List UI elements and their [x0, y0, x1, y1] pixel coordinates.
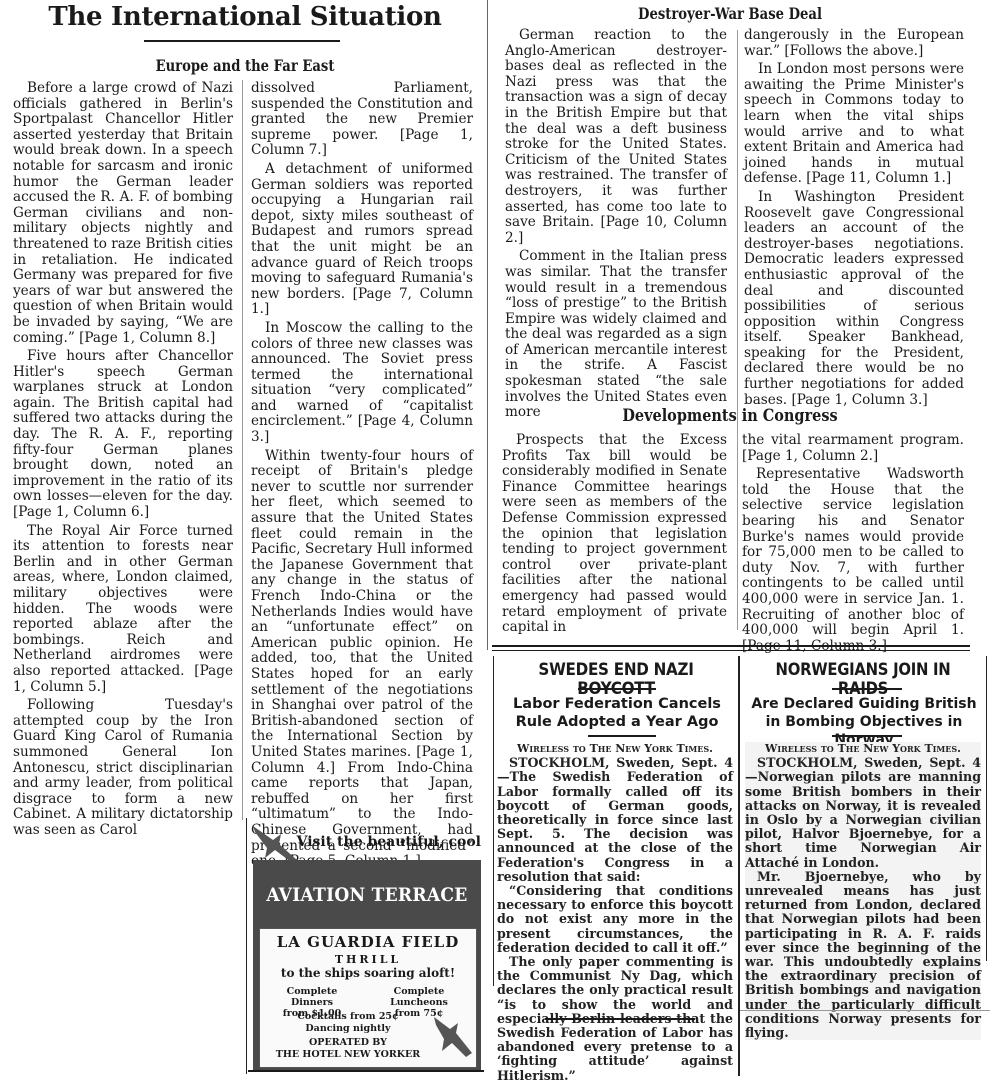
article-paragraph: German reaction to the Anglo-American de… [505, 28, 727, 246]
ad-dancing: Dancing nightly [240, 1023, 456, 1034]
ad-inner-panel: LA GUARDIA FIELD THRILL to the ships soa… [259, 928, 477, 1068]
swedes-headline: SWEDES END NAZI BOYCOTT [505, 660, 728, 698]
europe-column-1: Before a large crowd of Nazi officials g… [13, 81, 233, 839]
congress-column-1: Prospects that the Excess Profits Tax bi… [502, 433, 727, 636]
article-paragraph: dangerously in the European war.” [Follo… [744, 28, 964, 59]
destroyer-column-1: German reaction to the Anglo-American de… [505, 28, 727, 421]
article-paragraph: Five hours after Chancellor Hitler's spe… [13, 349, 233, 521]
story-end-rule [740, 1010, 990, 1011]
article-paragraph: In Washington President Roosevelt gave C… [744, 190, 964, 408]
ad-luncheons-label: Complete Luncheons [364, 986, 474, 1008]
ad-cocktails: Cocktails from 25¢ [240, 1011, 456, 1022]
article-paragraph: dissolved Parliament, suspended the Cons… [251, 81, 473, 159]
ad-operator: THE HOTEL NEW YORKER [240, 1049, 456, 1060]
article-paragraph: Comment in the Italian press was similar… [505, 249, 727, 421]
europe-column-2: dissolved Parliament, suspended the Cons… [251, 81, 473, 870]
article-paragraph: Within twenty-four hours of receipt of B… [251, 449, 473, 870]
story-end-rule [545, 1018, 695, 1020]
congress-column-2: the vital rearmament program. [Page 1, C… [742, 433, 964, 654]
norwegians-headline: NORWEGIANS JOIN IN RAIDS [753, 660, 973, 698]
column-divider [487, 0, 488, 650]
story-border [493, 656, 494, 986]
aviation-terrace-ad: Visit the beautiful, cool AVIATION TERRA… [246, 818, 485, 1074]
swedes-body: Wireless to The New York Times. STOCKHOL… [497, 742, 733, 1080]
article-paragraph: The Royal Air Force turned its attention… [13, 524, 233, 696]
story-border [986, 656, 987, 961]
title-rule [144, 40, 340, 42]
article-paragraph: Mr. Bjoernebye, who by unrevealed means … [745, 870, 981, 1040]
double-rule [492, 645, 970, 647]
article-paragraph: STOCKHOLM, Sweden, Sept. 4—Norwegian pil… [745, 756, 981, 870]
destroyer-column-2: dangerously in the European war.” [Follo… [744, 28, 964, 408]
deck-rule [832, 735, 902, 737]
norwegians-body: Wireless to The New York Times. STOCKHOL… [745, 742, 981, 1040]
section-heading-congress: Developments in Congress [603, 406, 858, 426]
ad-operated: OPERATED BY [240, 1037, 456, 1048]
ad-banner-text: AVIATION TERRACE [264, 884, 469, 906]
deck-rule [588, 735, 656, 737]
headline-rule [832, 688, 902, 690]
article-paragraph: Following Tuesday's attempted coup by th… [13, 698, 233, 838]
wire-credit: Wireless to The New York Times. [745, 742, 981, 756]
column-divider [242, 80, 243, 820]
airplane-icon [432, 1013, 476, 1063]
norwegians-deck: Are Declared Guiding British in Bombing … [746, 695, 982, 749]
article-paragraph: Prospects that the Excess Profits Tax bi… [502, 433, 727, 636]
article-paragraph: A detachment of uniformed German soldier… [251, 162, 473, 318]
article-paragraph: “Considering that conditions necessary t… [497, 884, 733, 955]
wire-credit: Wireless to The New York Times. [497, 742, 733, 756]
double-rule [492, 650, 970, 651]
article-paragraph: STOCKHOLM, Sweden, Sept. 4—The Swedish F… [497, 756, 733, 884]
article-paragraph: the vital rearmament program. [Page 1, C… [742, 433, 964, 464]
article-paragraph: In Moscow the calling to the colors of t… [251, 321, 473, 446]
page-title: The International Situation [0, 2, 490, 32]
swedes-deck: Labor Federation Cancels Rule Adopted a … [500, 695, 734, 731]
article-paragraph: Before a large crowd of Nazi officials g… [13, 81, 233, 346]
article-paragraph: In London most persons were awaiting the… [744, 62, 964, 187]
column-divider [737, 30, 738, 630]
ad-bottom-rule [248, 1070, 484, 1072]
article-paragraph: Representative Wadsworth told the House … [742, 467, 964, 654]
headline-rule [578, 688, 656, 690]
ad-thrill: THRILL [260, 953, 476, 966]
ad-tagline: to the ships soaring aloft! [260, 966, 476, 980]
story-border [738, 656, 740, 1076]
ad-intro: Visit the beautiful, cool [277, 834, 481, 850]
section-heading-destroyer: Destroyer-War Base Deal [603, 4, 858, 23]
ad-dinners-label: Complete Dinners [264, 986, 360, 1008]
section-heading-europe: Europe and the Far East [113, 56, 377, 75]
ad-location: LA GUARDIA FIELD [260, 933, 476, 951]
